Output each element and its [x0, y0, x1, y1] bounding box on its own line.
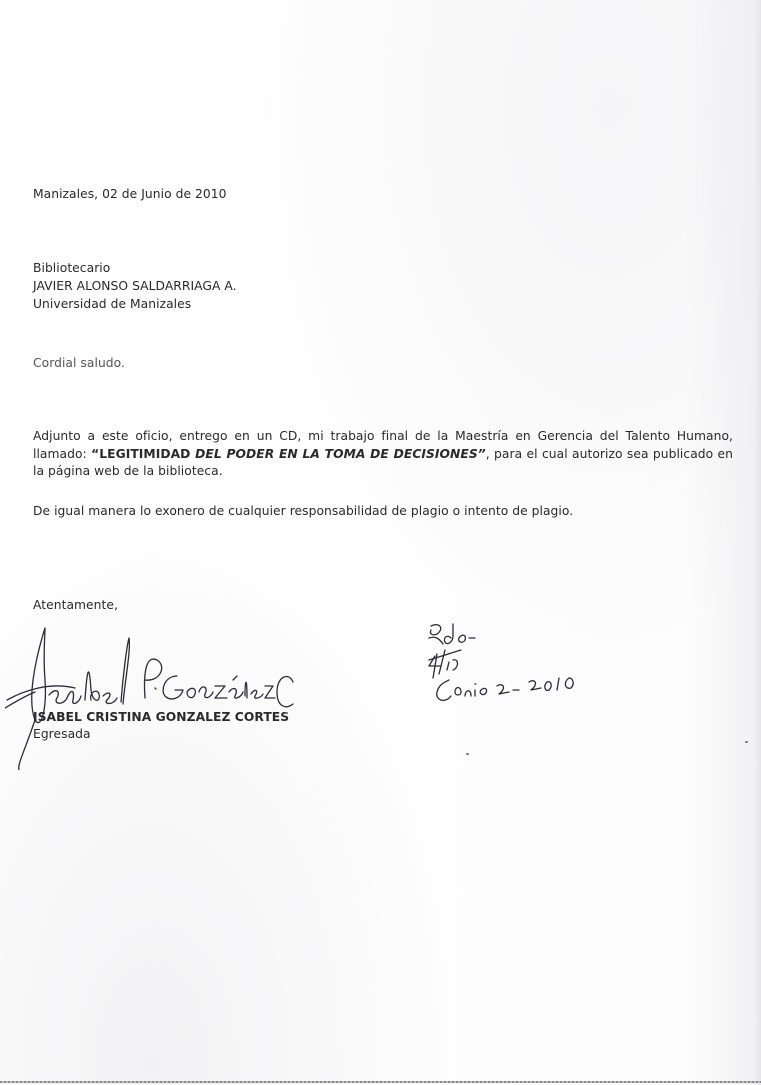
body-paragraph-2: De igual manera lo exonero de cualquier …: [33, 503, 573, 519]
recipient-role: Bibliotecario: [33, 260, 237, 278]
body-paragraph-1: Adjunto a este oficio, entrego en un CD,…: [33, 428, 733, 481]
recipient-block: Bibliotecario JAVIER ALONSO SALDARRIAGA …: [33, 260, 237, 314]
place-and-date: Manizales, 02 de Junio de 2010: [33, 186, 227, 202]
closing: Atentamente,: [33, 597, 118, 613]
signer-name: ISABEL CRISTINA GONZALEZ CORTES: [33, 709, 289, 725]
scan-bottom-edge: [0, 1081, 761, 1083]
handwritten-signature: Isabel C. González C.: [5, 620, 295, 770]
scanned-letter-page: Manizales, 02 de Junio de 2010 Bibliotec…: [0, 0, 761, 1085]
recipient-name: JAVIER ALONSO SALDARRIAGA A.: [33, 278, 237, 296]
greeting: Cordial saludo.: [33, 355, 125, 371]
recipient-institution: Universidad de Manizales: [33, 296, 237, 314]
scan-speck: [466, 753, 469, 755]
thesis-title-bold-italic: DEL PODER EN LA TOMA DE DECISIONES”: [195, 447, 486, 461]
thesis-title-bold: “LEGITIMIDAD: [91, 447, 195, 461]
scan-speck: [285, 712, 288, 714]
signer-role: Egresada: [33, 726, 91, 742]
scan-speck: [745, 741, 748, 743]
handwritten-received-annotation: Junio 2- 2010: [415, 620, 615, 710]
